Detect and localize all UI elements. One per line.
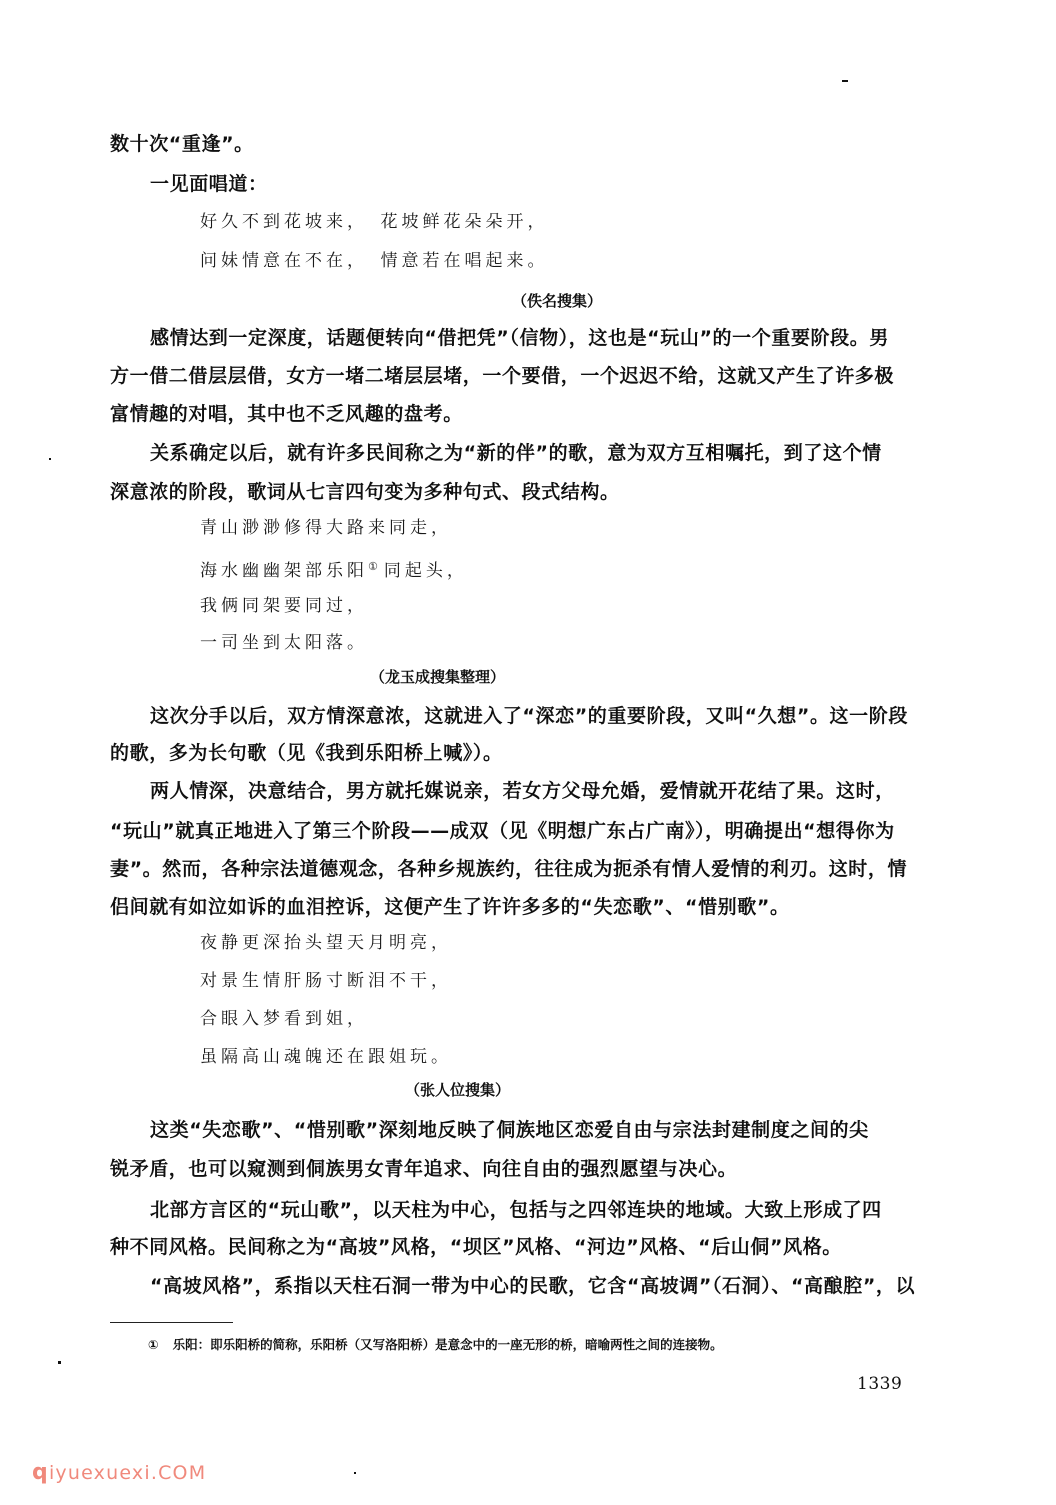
paragraph-line: 关系确定以后，就有许多民间称之为“新的伴”的歌，意为双方互相嘱托，到了这个情 <box>150 441 882 465</box>
paragraph-line: 一见面唱道： <box>150 172 268 196</box>
paragraph-line: 感情达到一定深度，话题便转向“借把凭”（信物），这也是“玩山”的一个重要阶段。男 <box>150 326 889 350</box>
poem-line: 问妹情意在不在， 情意若在唱起来。 <box>200 250 549 272</box>
poem-line-head: 海水幽幽架部乐阳 <box>200 561 368 581</box>
scan-speck <box>354 1472 356 1474</box>
paragraph-line: 方一借二借层层借，女方一堵二堵层层堵，一个要借，一个迟迟不给，这就又产生了许多极 <box>110 364 894 388</box>
poem-line-tail: 同起头， <box>384 561 468 581</box>
paragraph-line: 北部方言区的“玩山歌”，以天柱为中心，包括与之四邻连块的地域。大致上形成了四 <box>150 1198 882 1222</box>
paragraph-line: 富情趣的对唱，其中也不乏风趣的盘考。 <box>110 402 463 426</box>
paragraph-line: “高坡风格”，系指以天柱石洞一带为中心的民歌，它含“高坡调”（石洞）、“高酿腔”… <box>150 1274 915 1298</box>
footnote-marker: ① <box>148 1337 159 1352</box>
poem-line: 青山渺渺修得大路来同走， <box>200 517 452 539</box>
poem-line: 我俩同架要同过， <box>200 595 368 617</box>
page-number: 1339 <box>857 1373 902 1395</box>
poem-line: 对景生情肝肠寸断泪不干， <box>200 970 452 992</box>
paragraph-line: “玩山”就真正地进入了第三个阶段——成双（见《明想广东占广南》），明确提出“想得… <box>110 819 895 843</box>
paragraph-line: 的歌，多为长句歌（见《我到乐阳桥上喊》）。 <box>110 741 503 765</box>
watermark: qiyuexuexi.COM <box>32 1461 206 1485</box>
paragraph-line: 数十次“重逢”。 <box>110 132 254 156</box>
attribution: （张人位搜集） <box>405 1080 510 1100</box>
footnote-marker: ① <box>368 560 378 573</box>
poem-line: 一司坐到太阳落。 <box>200 632 368 654</box>
scan-speck <box>842 80 848 82</box>
attribution: （佚名搜集） <box>512 291 602 311</box>
footnote-divider <box>110 1322 233 1323</box>
paragraph-line: 深意浓的阶段，歌词从七言四句变为多种句式、段式结构。 <box>110 480 620 504</box>
scan-speck <box>49 458 51 460</box>
scan-speck <box>58 1361 61 1364</box>
attribution: （龙玉成搜集整理） <box>370 667 505 687</box>
watermark-logo-letter: q <box>32 1460 49 1485</box>
paragraph-line: 侣间就有如泣如诉的血泪控诉，这便产生了许许多多的“失恋歌”、“惜别歌”。 <box>110 895 790 919</box>
watermark-text: iyuexuexi.COM <box>49 1462 206 1484</box>
poem-line: 好久不到花坡来， 花坡鲜花朵朵开， <box>200 211 549 233</box>
footnote-text: 乐阳：即乐阳桥的简称，乐阳桥（又写洛阳桥）是意念中的一座无形的桥，暗喻两性之间的… <box>173 1337 723 1352</box>
footnote: ①乐阳：即乐阳桥的简称，乐阳桥（又写洛阳桥）是意念中的一座无形的桥，暗喻两性之间… <box>148 1336 723 1354</box>
paragraph-line: 锐矛盾，也可以窥测到侗族男女青年追求、向往自由的强烈愿望与决心。 <box>110 1157 737 1181</box>
scanned-book-page: 数十次“重逢”。 一见面唱道： 好久不到花坡来， 花坡鲜花朵朵开， 问妹情意在不… <box>0 0 1056 1505</box>
poem-line: 夜静更深抬头望天月明亮， <box>200 932 452 954</box>
poem-line: 海水幽幽架部乐阳①同起头， <box>200 556 468 582</box>
poem-line: 合眼入梦看到姐， <box>200 1008 368 1030</box>
paragraph-line: 两人情深，决意结合，男方就托媒说亲，若女方父母允婚，爱情就开花结了果。这时， <box>150 779 895 803</box>
poem-line: 虽隔高山魂魄还在跟姐玩。 <box>200 1046 452 1068</box>
paragraph-line: 妻”。然而，各种宗法道德观念，各种乡规族约，往往成为扼杀有情人爱情的利刃。这时，… <box>110 857 907 881</box>
paragraph-line: 这次分手以后，双方情深意浓，这就进入了“深恋”的重要阶段，又叫“久想”。这一阶段 <box>150 704 908 728</box>
paragraph-line: 这类“失恋歌”、“惜别歌”深刻地反映了侗族地区恋爱自由与宗法封建制度之间的尖 <box>150 1118 869 1142</box>
paragraph-line: 种不同风格。民间称之为“高坡”风格，“坝区”风格、“河边”风格、“后山侗”风格。 <box>110 1235 842 1259</box>
